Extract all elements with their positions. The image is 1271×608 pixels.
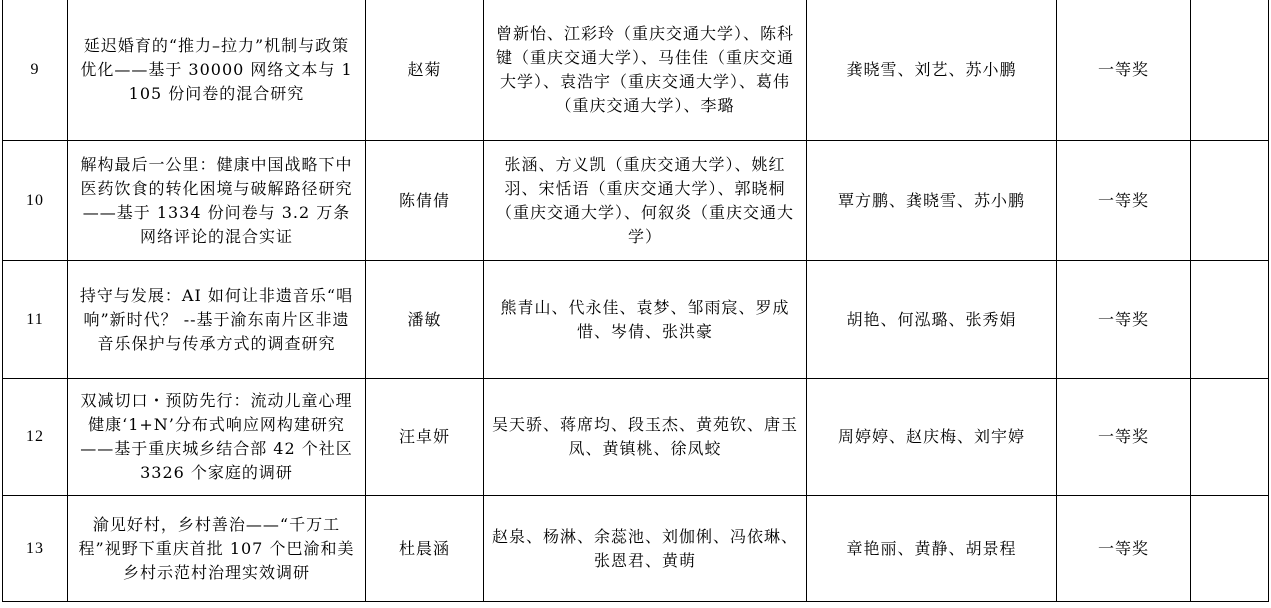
row-number: 13	[3, 496, 68, 602]
note-cell	[1191, 141, 1269, 261]
award-level: 一等奖	[1057, 379, 1191, 496]
row-number: 9	[3, 0, 68, 141]
project-leader: 陈倩倩	[366, 141, 484, 261]
project-title: 延迟婚育的“推力–拉力”机制与政策优化——基于 30000 网络文本与 1105…	[68, 0, 366, 141]
advisors: 章艳丽、黄静、胡景程	[807, 496, 1057, 602]
project-leader: 汪卓妍	[366, 379, 484, 496]
row-number: 12	[3, 379, 68, 496]
team-members: 熊青山、代永佳、袁梦、邹雨宸、罗成惜、岑倩、张洪豪	[484, 261, 807, 379]
team-members: 赵泉、杨淋、余蕊池、刘伽俐、冯依琳、张恩君、黄萌	[484, 496, 807, 602]
project-leader: 赵菊	[366, 0, 484, 141]
project-leader: 潘敏	[366, 261, 484, 379]
table-row: 12 双减切口・预防先行：流动儿童心理健康‘1+N’分布式响应网构建研究——基于…	[3, 379, 1269, 496]
advisors: 周婷婷、赵庆梅、刘宇婷	[807, 379, 1057, 496]
note-cell	[1191, 261, 1269, 379]
project-title: 解构最后一公里：健康中国战略下中医药饮食的转化困境与破解路径研究——基于 133…	[68, 141, 366, 261]
project-leader: 杜晨涵	[366, 496, 484, 602]
advisors: 覃方鹏、龚晓雪、苏小鹏	[807, 141, 1057, 261]
award-level: 一等奖	[1057, 141, 1191, 261]
table-row: 11 持守与发展：AI 如何让非遗音乐“唱响”新时代？ --基于渝东南片区非遗音…	[3, 261, 1269, 379]
team-members: 曾新怡、江彩玲（重庆交通大学）、陈科键（重庆交通大学）、马佳佳（重庆交通大学）、…	[484, 0, 807, 141]
table-row: 9 延迟婚育的“推力–拉力”机制与政策优化——基于 30000 网络文本与 11…	[3, 0, 1269, 141]
note-cell	[1191, 496, 1269, 602]
advisors: 胡艳、何泓璐、张秀娟	[807, 261, 1057, 379]
table-row: 10 解构最后一公里：健康中国战略下中医药饮食的转化困境与破解路径研究——基于 …	[3, 141, 1269, 261]
award-level: 一等奖	[1057, 0, 1191, 141]
row-number: 10	[3, 141, 68, 261]
awards-table: 9 延迟婚育的“推力–拉力”机制与政策优化——基于 30000 网络文本与 11…	[2, 0, 1269, 602]
note-cell	[1191, 0, 1269, 141]
advisors: 龚晓雪、刘艺、苏小鹏	[807, 0, 1057, 141]
project-title: 渝见好村，乡村善治——“千万工程”视野下重庆首批 107 个巴渝和美乡村示范村治…	[68, 496, 366, 602]
project-title: 双减切口・预防先行：流动儿童心理健康‘1+N’分布式响应网构建研究——基于重庆城…	[68, 379, 366, 496]
team-members: 张涵、方义凯（重庆交通大学）、姚红羽、宋恬语（重庆交通大学）、郭晓桐（重庆交通大…	[484, 141, 807, 261]
team-members: 吴天骄、蒋席均、段玉杰、黄苑钦、唐玉凤、黄镇桃、徐凤蛟	[484, 379, 807, 496]
award-level: 一等奖	[1057, 261, 1191, 379]
row-number: 11	[3, 261, 68, 379]
award-level: 一等奖	[1057, 496, 1191, 602]
note-cell	[1191, 379, 1269, 496]
project-title: 持守与发展：AI 如何让非遗音乐“唱响”新时代？ --基于渝东南片区非遗音乐保护…	[68, 261, 366, 379]
table-row: 13 渝见好村，乡村善治——“千万工程”视野下重庆首批 107 个巴渝和美乡村示…	[3, 496, 1269, 602]
